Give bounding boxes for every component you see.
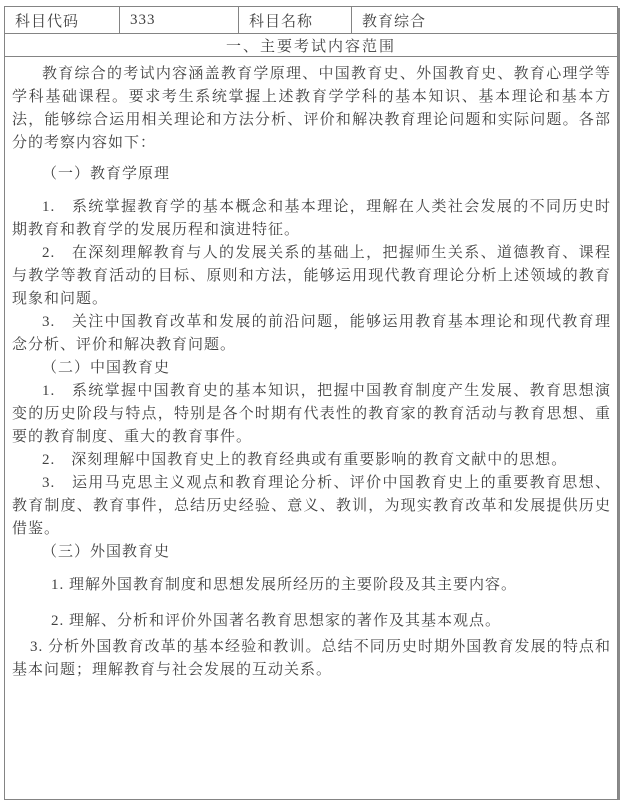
section-3-heading: （三）外国教育史 (12, 541, 611, 564)
section-2-item-3: 3. 运用马克思主义观点和教育理论分析、评价中国教育史上的重要教育思想、教育制度… (12, 472, 611, 541)
section-title: 一、主要考试内容范围 (5, 34, 618, 57)
section-2-item-1: 1. 系统掌握中国教育史的基本知识，把握中国教育制度产生发展、教育思想演变的历史… (12, 380, 611, 449)
section-3-item-1: 1. 理解外国教育制度和思想发展所经历的主要阶段及其主要内容。 (12, 574, 611, 597)
body-cell: 教育综合的考试内容涵盖教育学原理、中国教育史、外国教育史、教育心理学等学科基础课… (5, 57, 618, 800)
subject-code-value: 333 (120, 7, 239, 34)
body-row: 教育综合的考试内容涵盖教育学原理、中国教育史、外国教育史、教育心理学等学科基础课… (5, 57, 618, 800)
syllabus-table: 科目代码 333 科目名称 教育综合 一、主要考试内容范围 教育综合的考试内容涵… (4, 6, 618, 800)
section-1-item-1: 1. 系统掌握教育学的基本概念和基本理论，理解在人类社会发展的不同历史时期教育和… (12, 196, 611, 242)
section-title-row: 一、主要考试内容范围 (5, 34, 618, 57)
document-page: 科目代码 333 科目名称 教育综合 一、主要考试内容范围 教育综合的考试内容涵… (0, 0, 623, 800)
section-1-item-2: 2. 在深刻理解教育与人的发展关系的基础上，把握师生关系、道德教育、课程与教学等… (12, 242, 611, 311)
section-3-item-3: 3. 分析外国教育改革的基本经验和教训。总结不同历史时期外国教育发展的特点和基本… (12, 636, 611, 682)
section-1-item-3: 3. 关注中国教育改革和发展的前沿问题，能够运用教育基本理论和现代教育理念分析、… (12, 311, 611, 357)
subject-header-row: 科目代码 333 科目名称 教育综合 (5, 7, 618, 34)
section-2-heading: （二）中国教育史 (12, 357, 611, 380)
intro-paragraph: 教育综合的考试内容涵盖教育学原理、中国教育史、外国教育史、教育心理学等学科基础课… (12, 63, 611, 155)
section-1-heading: （一）教育学原理 (12, 163, 611, 186)
section-2-item-2: 2. 深刻理解中国教育史上的教育经典或有重要影响的教育文献中的思想。 (12, 449, 611, 472)
section-3-item-2: 2. 理解、分析和评价外国著名教育思想家的著作及其基本观点。 (12, 610, 611, 633)
subject-code-label: 科目代码 (5, 7, 120, 34)
subject-name-value: 教育综合 (352, 7, 618, 34)
subject-name-label: 科目名称 (239, 7, 352, 34)
